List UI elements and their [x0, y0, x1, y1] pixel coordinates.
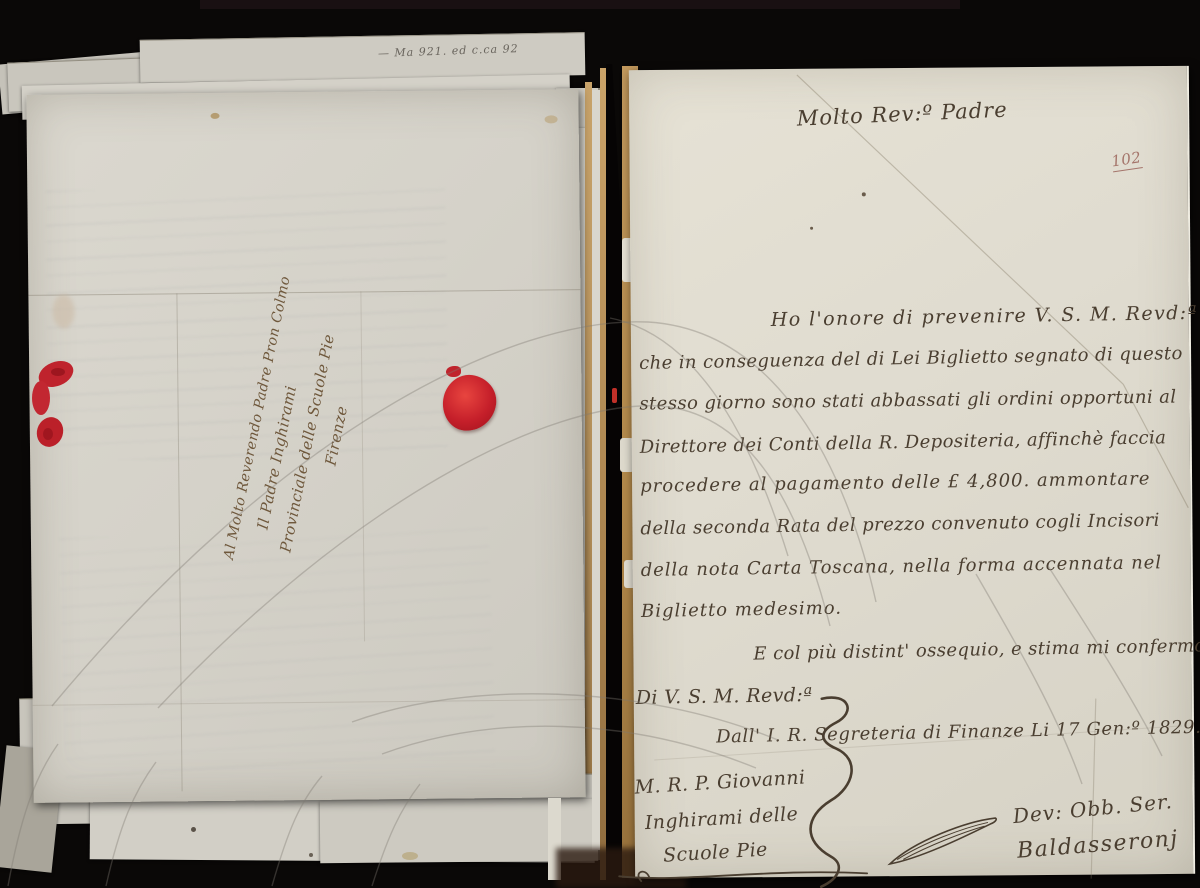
- brace-flourish: [784, 690, 866, 888]
- ink-spot: [191, 827, 196, 832]
- right-letter-page: Molto Rev:º Padre 102 Ho l'onore di prev…: [629, 66, 1195, 878]
- gutter-sliver: [592, 90, 600, 850]
- ink-spot: [309, 853, 313, 857]
- stain: [52, 294, 74, 328]
- photograph-of-archival-letters: — Ma 921. ed c.ca 92 Al Molto Reverendo …: [0, 0, 1200, 888]
- underline-flourish: [615, 864, 875, 886]
- stain: [402, 852, 418, 860]
- binding-sliver: [585, 82, 592, 860]
- left-letter-page: Al Molto Reverendo Padre Pron Colmo Il P…: [26, 89, 585, 803]
- wax-seal-broken: [26, 358, 86, 454]
- top-shadow: [200, 0, 960, 9]
- ink-spot: [810, 227, 813, 230]
- stain: [211, 113, 220, 119]
- stain: [545, 115, 558, 123]
- body-line: Biglietto medesimo.: [641, 598, 842, 622]
- red-fleck: [612, 388, 617, 403]
- wax-seal-fragment: [446, 366, 461, 377]
- ink-spot: [862, 192, 866, 196]
- archival-note: — Ma 921. ed c.ca 92: [378, 42, 519, 60]
